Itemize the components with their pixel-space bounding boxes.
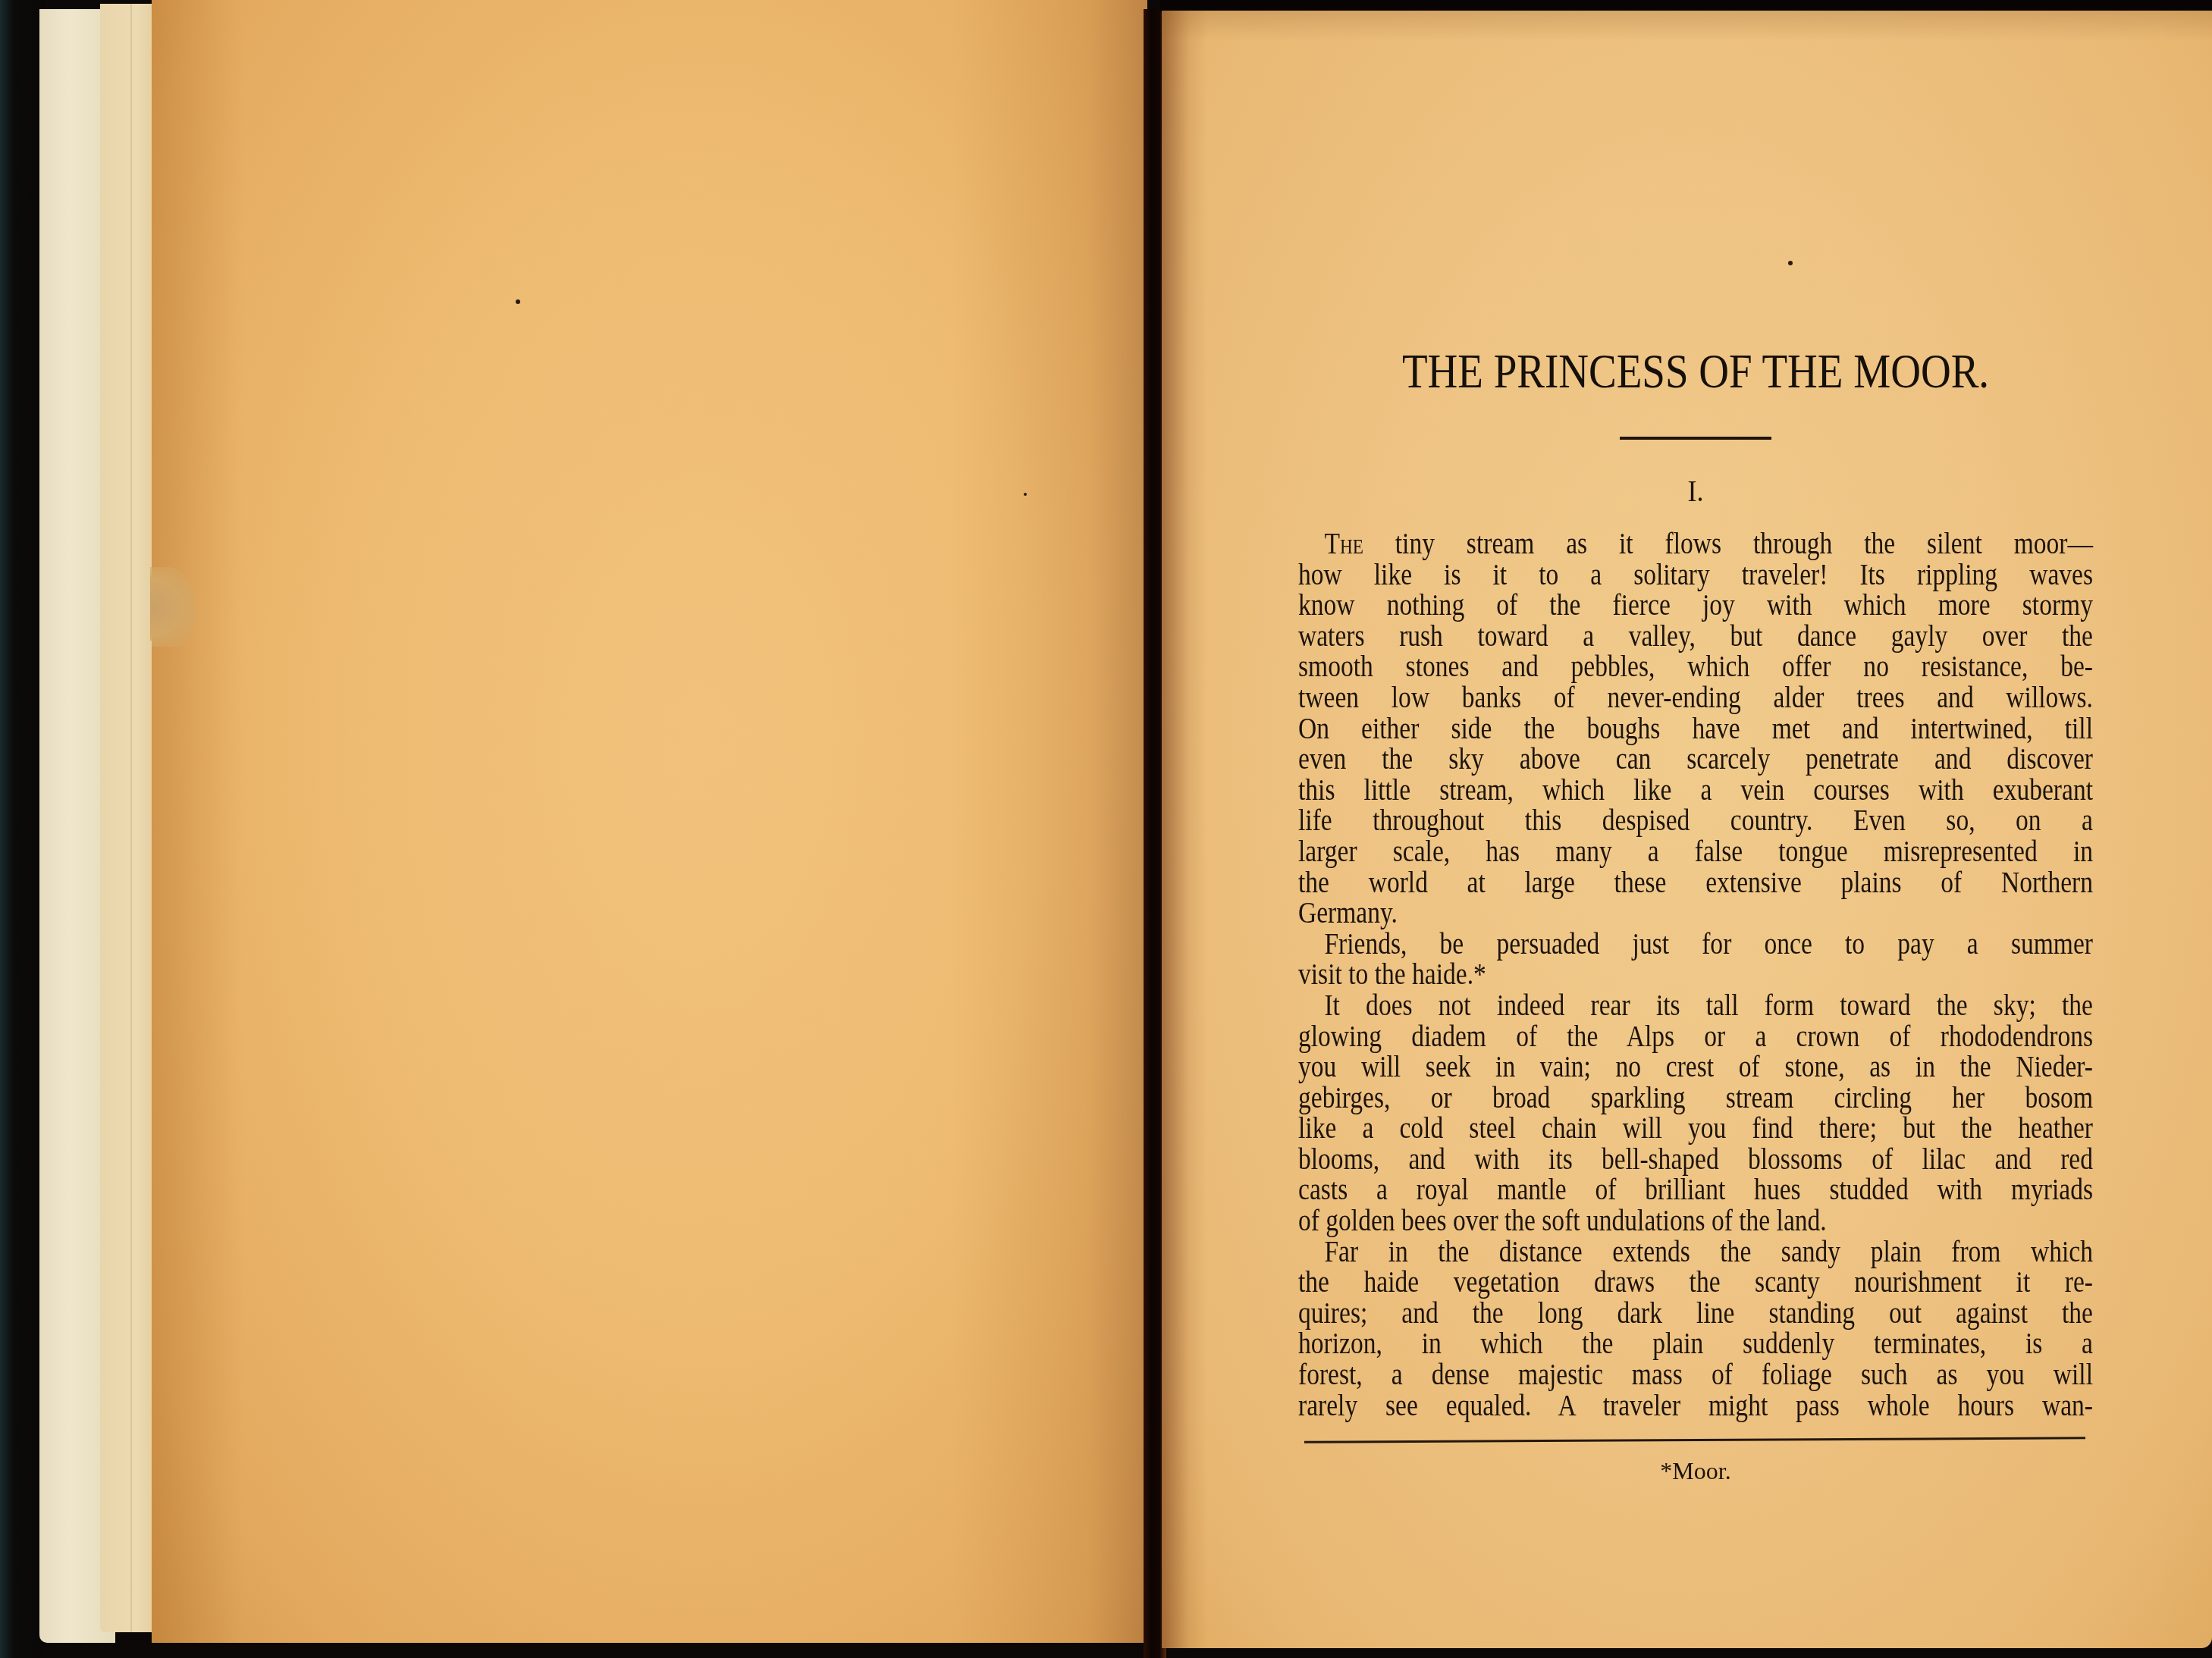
text-line: even the sky above can scarcely penetrat…: [1298, 744, 2093, 776]
text-line: you will seek in vain; no crest of stone…: [1298, 1052, 2093, 1083]
right-page-gutter-shading: [1162, 11, 1207, 1648]
text-line: Friends, be persuaded just for once to p…: [1298, 929, 2093, 961]
drop-smallcaps-lead: The: [1324, 528, 1363, 560]
page-text-block: THE PRINCESS OF THE MOOR. I. The tiny st…: [1298, 326, 2093, 1421]
text-line: smooth stones and pebbles, which offer n…: [1298, 652, 2093, 683]
text-line: On either side the boughs have met and i…: [1298, 714, 2093, 745]
text-line: how like is it to a solitary traveler! I…: [1298, 560, 2093, 591]
text-line: like a cold steel chain will you find th…: [1298, 1114, 2093, 1145]
text-line: the world at large these extensive plain…: [1298, 868, 2093, 899]
left-page-gutter-shading: [950, 0, 1147, 1643]
left-page-blank: [152, 0, 1147, 1643]
text-line: this little stream, which like a vein co…: [1298, 776, 2093, 807]
text-line: waters rush toward a valley, but dance g…: [1298, 622, 2093, 653]
right-page-top-shading: [1162, 11, 2212, 41]
text-line: know nothing of the fierce joy with whic…: [1298, 591, 2093, 622]
text-line: rarely see equaled. A traveler might pas…: [1298, 1391, 2093, 1422]
story-title: THE PRINCESS OF THE MOOR.: [1354, 341, 2037, 402]
text-line: The tiny stream as it flows through the …: [1298, 529, 2093, 560]
book-spread: THE PRINCESS OF THE MOOR. I. The tiny st…: [0, 0, 2212, 1658]
title-rule-divider: [1620, 437, 1771, 440]
text-line: life throughout this despised country. E…: [1298, 806, 2093, 837]
book-cover-edge: [0, 0, 45, 1658]
text-line: the haide vegetation draws the scanty no…: [1298, 1268, 2093, 1299]
body-text: The tiny stream as it flows through the …: [1298, 529, 2093, 1421]
chapter-number: I.: [1338, 475, 2053, 508]
text-line: It does not indeed rear its tall form to…: [1298, 991, 2093, 1022]
left-page-edge-shading: [152, 0, 243, 1643]
text-line: blooms, and with its bell-shaped blossom…: [1298, 1145, 2093, 1176]
paper-speck: [1024, 493, 1027, 496]
text-line: Far in the distance extends the sandy pl…: [1298, 1237, 2093, 1268]
text-line: Germany.: [1298, 898, 2093, 929]
text-line: quires; and the long dark line standing …: [1298, 1299, 2093, 1330]
text-line: of golden bees over the soft undulations…: [1298, 1206, 2093, 1237]
text-line: larger scale, has many a false tongue mi…: [1298, 837, 2093, 868]
text-line: casts a royal mantle of brilliant hues s…: [1298, 1175, 2093, 1206]
text-line: forest, a dense majestic mass of foliage…: [1298, 1360, 2093, 1391]
text-line: tween low banks of never-ending alder tr…: [1298, 683, 2093, 714]
paper-speck: [516, 299, 520, 304]
text-line: visit to the haide.*: [1298, 960, 2093, 991]
text-line: glowing diadem of the Alps or a crown of…: [1298, 1022, 2093, 1053]
paper-speck: [1788, 261, 1793, 265]
text-line: gebirges, or broad sparkling stream circ…: [1298, 1083, 2093, 1114]
footnote: *Moor.: [1298, 1456, 2093, 1486]
text-line: horizon, in which the plain suddenly ter…: [1298, 1329, 2093, 1360]
